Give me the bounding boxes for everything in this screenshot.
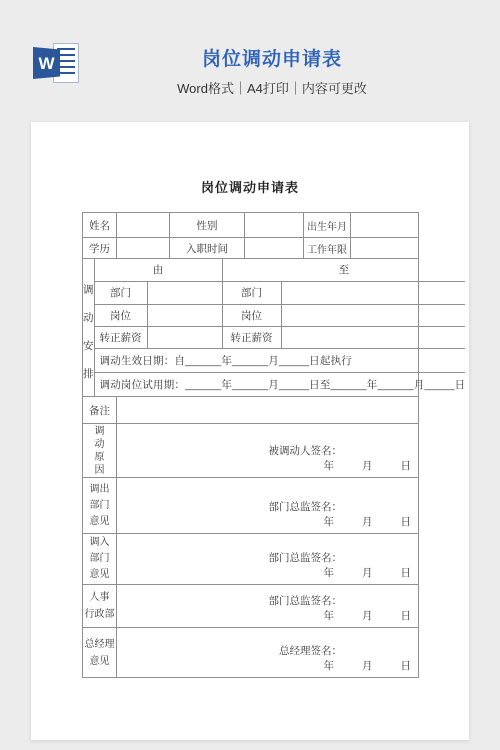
- value-education[interactable]: [117, 238, 170, 258]
- table-row-transfer-arrangement: 调 动 安 排 由 至 部门 部门 岗位 岗位: [83, 259, 418, 397]
- month-unit: 月: [362, 659, 373, 673]
- day-unit: 日: [401, 515, 412, 529]
- date-line: 年 月 日: [117, 566, 414, 580]
- label-line: 部门: [90, 551, 110, 567]
- side-char: 排: [83, 366, 94, 381]
- label-to-salary: 转正薪资: [223, 327, 282, 348]
- year-unit: 年: [324, 566, 335, 580]
- year-unit: 年: [324, 659, 335, 673]
- value-birthdate[interactable]: [351, 213, 418, 237]
- label-line: 调: [95, 425, 105, 438]
- month-unit: 月: [362, 515, 373, 529]
- value-hire-date[interactable]: [245, 238, 304, 258]
- value-remark[interactable]: [117, 397, 418, 423]
- value-from-salary[interactable]: [148, 327, 223, 348]
- label-line: 意见: [90, 653, 110, 670]
- template-preview-canvas: { "header": { "icon_letter": "W", "title…: [0, 0, 500, 750]
- label-gender: 性别: [170, 213, 245, 237]
- label-birthdate: 出生年月: [304, 213, 351, 237]
- transfer-application-table: 姓名 性别 出生年月 学历 入职时间 工作年限 调 动 安 排: [82, 212, 419, 678]
- label-from-department: 部门: [95, 282, 148, 304]
- side-char: 动: [83, 310, 94, 325]
- value-to-salary[interactable]: [282, 327, 466, 348]
- month-unit: 月: [362, 459, 373, 473]
- template-subtitle: Word格式｜A4打印｜内容可更改: [44, 78, 500, 97]
- table-row-general-manager: 总经理 意见 总经理签名： 年 月 日: [83, 628, 418, 677]
- general-manager-content[interactable]: 总经理签名： 年 月 日: [117, 628, 418, 677]
- hr-admin-content[interactable]: 部门总监签名： 年 月 日: [117, 585, 418, 627]
- from-to-header-row: 由 至: [95, 259, 466, 282]
- transfer-detail-grid: 由 至 部门 部门 岗位 岗位 转正薪资: [95, 259, 466, 396]
- salary-row: 转正薪资 转正薪资: [95, 327, 466, 349]
- month-unit: 月: [362, 566, 373, 580]
- label-to-position: 岗位: [223, 305, 282, 327]
- template-title: 岗位调动申请表: [44, 44, 500, 71]
- label-line: 原: [95, 451, 105, 464]
- value-to-department[interactable]: [282, 282, 466, 304]
- label-to-department: 部门: [223, 282, 282, 304]
- table-row-transfer-reason: 调 动 原 因 被调动人签名： 年 月 日: [83, 424, 418, 478]
- side-char: 安: [83, 338, 94, 353]
- label-line: 行政部: [85, 606, 115, 623]
- label-line: 调出: [90, 482, 110, 498]
- label-work-years: 工作年限: [304, 238, 351, 258]
- to-header: 至: [223, 259, 466, 281]
- form-title: 岗位调动申请表: [31, 177, 469, 196]
- label-hire-date: 入职时间: [170, 238, 245, 258]
- year-unit: 年: [324, 515, 335, 529]
- label-line: 调入: [90, 535, 110, 551]
- value-from-position[interactable]: [148, 305, 223, 327]
- header-text-block: 岗位调动申请表 Word格式｜A4打印｜内容可更改: [44, 44, 500, 97]
- date-line: 年 月 日: [117, 515, 414, 529]
- table-row-to-department-opinion: 调入 部门 意见 部门总监签名： 年 月 日: [83, 534, 418, 585]
- transfer-arrangement-side-label: 调 动 安 排: [83, 259, 95, 396]
- date-line: 年 月 日: [117, 609, 414, 623]
- label-to-department-opinion: 调入 部门 意见: [83, 534, 117, 584]
- label-hr-admin: 人事 行政部: [83, 585, 117, 627]
- label-name: 姓名: [83, 213, 117, 237]
- label-from-salary: 转正薪资: [95, 327, 148, 348]
- year-unit: 年: [324, 609, 335, 623]
- value-name[interactable]: [117, 213, 170, 237]
- sign-label-department-director: 部门总监签名：: [117, 594, 414, 608]
- sign-label-department-director: 部门总监签名：: [117, 551, 414, 565]
- effective-date-row: 调动生效日期：自______年______月_____日起执行: [95, 349, 466, 373]
- label-general-manager-opinion: 总经理 意见: [83, 628, 117, 677]
- date-line: 年 月 日: [117, 459, 414, 473]
- probation-period-line[interactable]: 调动岗位试用期：______年______月_____日至______年____…: [95, 373, 466, 396]
- label-from-department-opinion: 调出 部门 意见: [83, 478, 117, 533]
- label-remark: 备注: [83, 397, 117, 423]
- effective-date-line[interactable]: 调动生效日期：自______年______月_____日起执行: [95, 349, 466, 372]
- sign-label-department-director: 部门总监签名：: [117, 500, 414, 514]
- from-department-opinion-content[interactable]: 部门总监签名： 年 月 日: [117, 478, 418, 533]
- table-row-hr-admin: 人事 行政部 部门总监签名： 年 月 日: [83, 585, 418, 628]
- label-line: 动: [95, 438, 105, 451]
- value-work-years[interactable]: [351, 238, 418, 258]
- day-unit: 日: [401, 459, 412, 473]
- department-row: 部门 部门: [95, 282, 466, 305]
- label-line: 部门: [90, 498, 110, 514]
- side-char: 调: [83, 282, 94, 297]
- value-to-position[interactable]: [282, 305, 466, 327]
- preview-header: W 岗位调动申请表 Word格式｜A4打印｜内容可更改: [0, 0, 500, 122]
- day-unit: 日: [401, 609, 412, 623]
- to-department-opinion-content[interactable]: 部门总监签名： 年 月 日: [117, 534, 418, 584]
- transfer-reason-content[interactable]: 被调动人签名： 年 月 日: [117, 424, 418, 477]
- label-line: 人事: [90, 589, 110, 606]
- label-line: 因: [95, 464, 105, 477]
- date-line: 年 月 日: [117, 659, 414, 673]
- month-unit: 月: [362, 609, 373, 623]
- probation-period-row: 调动岗位试用期：______年______月_____日至______年____…: [95, 373, 466, 396]
- day-unit: 日: [401, 566, 412, 580]
- label-transfer-reason: 调 动 原 因: [83, 424, 117, 477]
- year-unit: 年: [324, 459, 335, 473]
- value-gender[interactable]: [245, 213, 304, 237]
- day-unit: 日: [401, 659, 412, 673]
- document-page: 岗位调动申请表 姓名 性别 出生年月 学历 入职时间 工作年限 调 动 安: [31, 122, 469, 740]
- table-row-basic-2: 学历 入职时间 工作年限: [83, 238, 418, 259]
- from-header: 由: [95, 259, 223, 281]
- label-education: 学历: [83, 238, 117, 258]
- label-line: 意见: [90, 567, 110, 583]
- sign-label-general-manager: 总经理签名：: [117, 644, 414, 658]
- label-line: 意见: [90, 514, 110, 530]
- label-from-position: 岗位: [95, 305, 148, 327]
- value-from-department[interactable]: [148, 282, 223, 304]
- table-row-from-department-opinion: 调出 部门 意见 部门总监签名： 年 月 日: [83, 478, 418, 534]
- sign-label-transferee: 被调动人签名：: [117, 444, 414, 458]
- position-row: 岗位 岗位: [95, 305, 466, 328]
- table-row-remark: 备注: [83, 397, 418, 424]
- table-row-basic-1: 姓名 性别 出生年月: [83, 213, 418, 238]
- label-line: 总经理: [85, 636, 115, 653]
